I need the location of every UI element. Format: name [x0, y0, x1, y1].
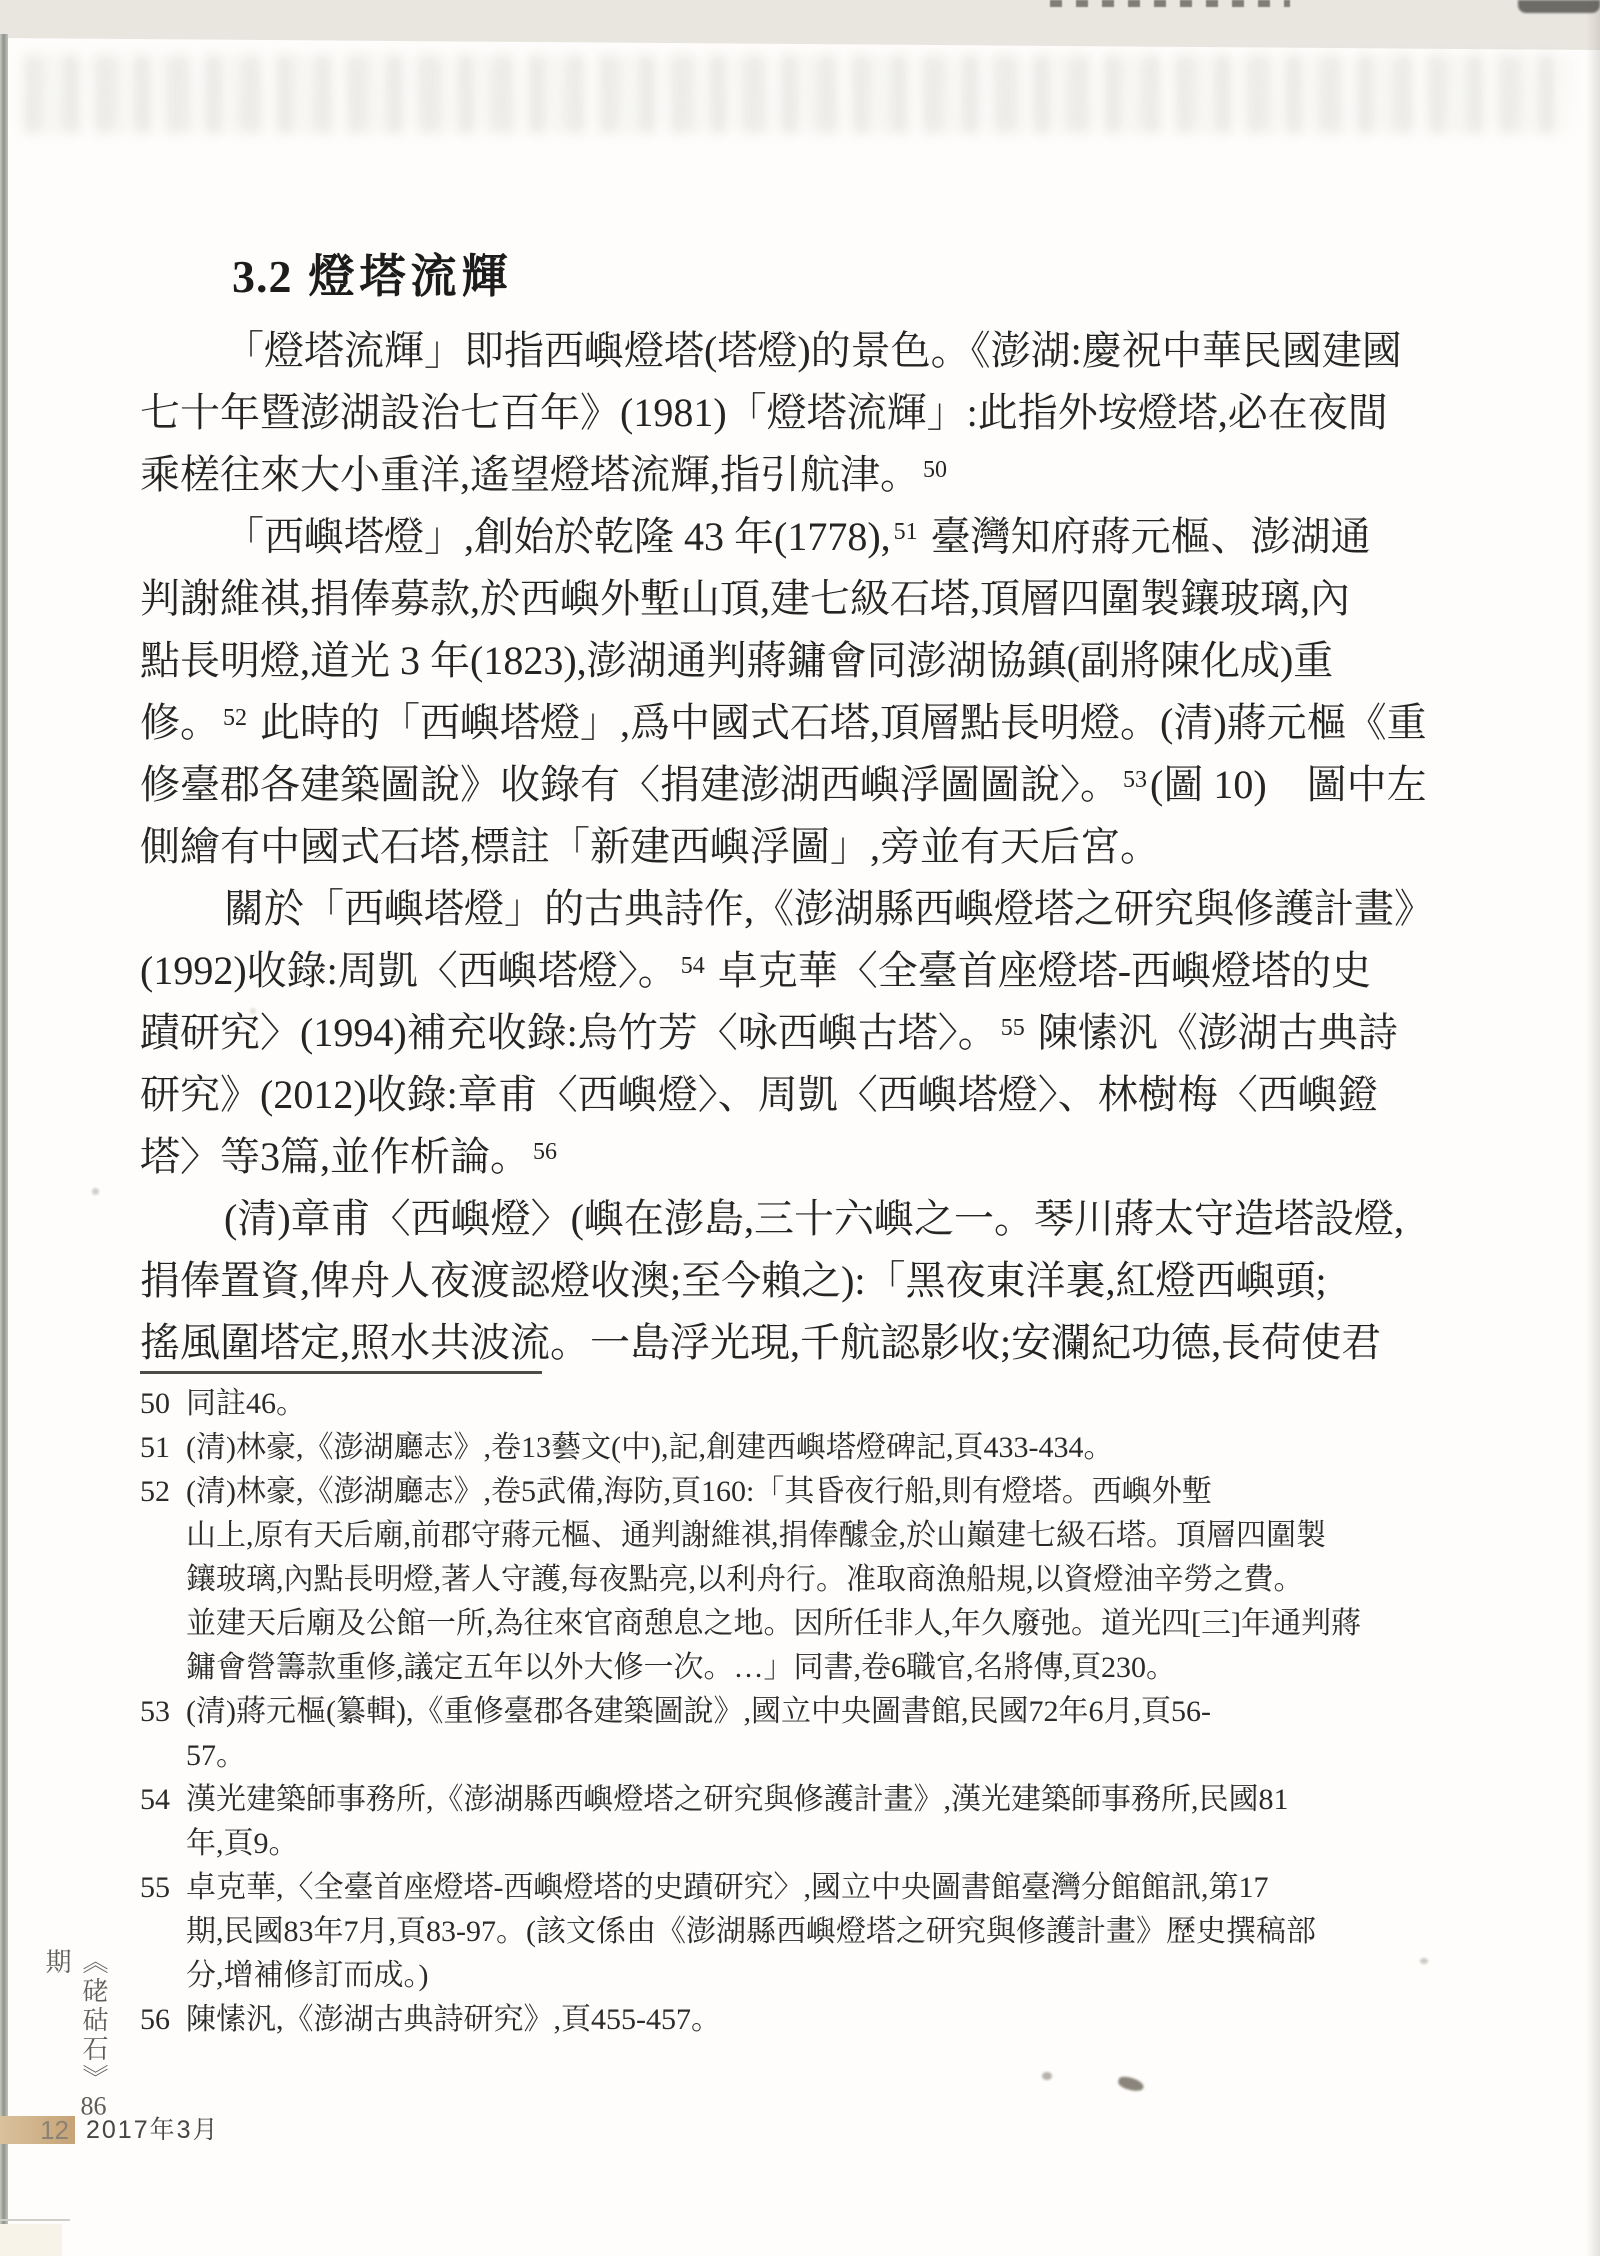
section-number: 3.2	[232, 251, 293, 302]
body-line: (清)章甫〈西嶼燈〉(嶼在澎島,三十六嶼之一。琴川蔣太守造塔設燈,	[140, 1188, 1485, 1250]
body-line: 修。52 此時的「西嶼塔燈」,爲中國式石塔,頂層點長明燈。(清)蔣元樞《重	[140, 692, 1485, 754]
scan-left-edge-line	[0, 34, 8, 2232]
footnote-number: 50	[140, 1382, 186, 1426]
footnote-ref: 51	[894, 519, 918, 545]
footnote-ref: 50	[923, 457, 947, 483]
body-line: 七十年暨澎湖設治七百年》(1981)「燈塔流輝」:此指外垵燈塔,必在夜間	[140, 382, 1485, 444]
body-line: 側繪有中國式石塔,標註「新建西嶼浮圖」,旁並有天后宮。	[140, 816, 1485, 878]
footnote-line: 56陳愫汎,《澎湖古典詩研究》,頁455-457。	[140, 1998, 1540, 2042]
scan-ghost-text-band	[25, 55, 1570, 133]
footnote-line: 山上,原有天后廟,前郡守蔣元樞、通判謝維祺,捐俸醵金,於山巔建七級石塔。頂層四圍…	[140, 1514, 1540, 1558]
footnote-ref: 56	[533, 1139, 557, 1165]
footnote-number: 51	[140, 1426, 186, 1470]
footnote-number: 53	[140, 1690, 186, 1734]
footnote-line: 52(清)林豪,《澎湖廳志》,卷5武備,海防,頁160:「其昏夜行船,則有燈塔。…	[140, 1470, 1540, 1514]
body-text: 「燈塔流輝」即指西嶼燈塔(塔燈)的景色。《澎湖:慶祝中華民國建國 七十年暨澎湖設…	[140, 320, 1485, 1374]
issue-date: 2017年3月	[86, 2114, 220, 2146]
footnote-line: 並建天后廟及公館一所,為往來官商憩息之地。因所任非人,年久廢弛。道光四[三]年通…	[140, 1602, 1540, 1646]
body-line: 關於「西嶼塔燈」的古典詩作,《澎湖縣西嶼燈塔之研究與修護計畫》	[140, 878, 1485, 940]
scan-top-band	[0, 0, 1600, 50]
scan-speck	[1117, 2075, 1145, 2093]
footnote-line: 期,民國83年7月,頁83-97。(該文係由《澎湖縣西嶼燈塔之研究與修護計畫》歷…	[140, 1910, 1540, 1954]
body-line: 捐俸置資,俾舟人夜渡認燈收澳;至今賴之):「黑夜東洋裏,紅燈西嶼頭;	[140, 1250, 1485, 1312]
footnote-line: 分,增補修訂而成。)	[140, 1954, 1540, 1998]
scan-top-smudge	[1518, 0, 1600, 13]
body-line: 點長明燈,道光 3 年(1823),澎湖通判蔣鏞會同澎湖協鎮(副將陳化成)重	[140, 630, 1485, 692]
footnote-number: 55	[140, 1866, 186, 1910]
scan-bottom-line	[0, 2219, 70, 2221]
footnote-ref: 54	[681, 953, 705, 979]
body-line: 判謝維祺,捐俸募款,於西嶼外塹山頂,建七級石塔,頂層四圍製鑲玻璃,內	[140, 568, 1485, 630]
footnote-line: 55卓克華,〈全臺首座燈塔-西嶼燈塔的史蹟研究〉,國立中央圖書館臺灣分館館訊,第…	[140, 1866, 1540, 1910]
footnote-ref: 55	[1001, 1015, 1025, 1041]
footnote-line: 51(清)林豪,《澎湖廳志》,卷13藝文(中),記,創建西嶼塔燈碑記,頁433-…	[140, 1426, 1540, 1470]
body-line: 蹟研究〉(1994)補充收錄:烏竹芳〈咏西嶼古塔〉。55 陳愫汎《澎湖古典詩	[140, 1002, 1485, 1064]
body-line: 「西嶼塔燈」,創始於乾隆 43 年(1778),51 臺灣知府蔣元樞、澎湖通	[140, 506, 1485, 568]
footnote-line: 年,頁9。	[140, 1822, 1540, 1866]
scan-speck	[92, 1188, 99, 1195]
footnote-ref: 52	[223, 705, 247, 731]
footnote-line: 鏞會營籌款重修,議定五年以外大修一次。…」同書,卷6職官,名將傳,頁230。	[140, 1646, 1540, 1690]
journal-spine-title: 《硓𥑮石》86期	[38, 1948, 112, 2124]
footnote-line: 53(清)蔣元樞(纂輯),《重修臺郡各建築圖說》,國立中央圖書館,民國72年6月…	[140, 1690, 1540, 1734]
body-line: 「燈塔流輝」即指西嶼燈塔(塔燈)的景色。《澎湖:慶祝中華民國建國	[140, 320, 1485, 382]
body-line: 搖風圍塔定,照水共波流。一島浮光現,千航認影收;安瀾紀功德,長荷使君	[140, 1312, 1485, 1374]
scan-top-dashes	[1050, 0, 1290, 7]
footnote-line: 鑲玻璃,內點長明燈,著人守護,每夜點亮,以利舟行。准取商漁船規,以資燈油辛勞之費…	[140, 1558, 1540, 1602]
footnote-line: 54漢光建築師事務所,《澎湖縣西嶼燈塔之研究與修護計畫》,漢光建築師事務所,民國…	[140, 1778, 1540, 1822]
issue-suffix: 期	[42, 1948, 71, 1977]
footnote-separator	[140, 1371, 542, 1374]
page-number-badge: 12	[0, 2116, 75, 2144]
footnote-number: 56	[140, 1998, 186, 2042]
body-line: 修臺郡各建築圖說》收錄有〈捐建澎湖西嶼浮圖圖說〉。53(圖 10) 圖中左	[140, 754, 1485, 816]
footnote-line: 57。	[140, 1734, 1540, 1778]
footnotes: 50同註46。 51(清)林豪,《澎湖廳志》,卷13藝文(中),記,創建西嶼塔燈…	[140, 1382, 1540, 2042]
body-line: 塔〉等3篇,並作析論。56	[140, 1126, 1485, 1188]
footnote-ref: 53	[1123, 767, 1147, 793]
section-heading: 3.2燈塔流輝	[232, 240, 513, 306]
body-line: 乘槎往來大小重洋,遙望燈塔流輝,指引航津。50	[140, 444, 1485, 506]
scan-right-edge-shadow	[1586, 0, 1600, 2256]
scan-bottom-corner	[0, 2224, 62, 2256]
journal-title: 《硓𥑮石》	[79, 1948, 108, 2093]
section-title: 燈塔流輝	[309, 250, 513, 302]
scanned-document-page: 3.2燈塔流輝 「燈塔流輝」即指西嶼燈塔(塔燈)的景色。《澎湖:慶祝中華民國建國…	[0, 0, 1600, 2256]
scan-speck	[1042, 2072, 1052, 2080]
body-line: 研究》(2012)收錄:章甫〈西嶼燈〉、周凱〈西嶼塔燈〉、林樹梅〈西嶼鐙	[140, 1064, 1485, 1126]
footnote-number: 54	[140, 1778, 186, 1822]
footnote-line: 50同註46。	[140, 1382, 1540, 1426]
footnote-number: 52	[140, 1470, 186, 1514]
body-line: (1992)收錄:周凱〈西嶼塔燈〉。54 卓克華〈全臺首座燈塔-西嶼燈塔的史	[140, 940, 1485, 1002]
